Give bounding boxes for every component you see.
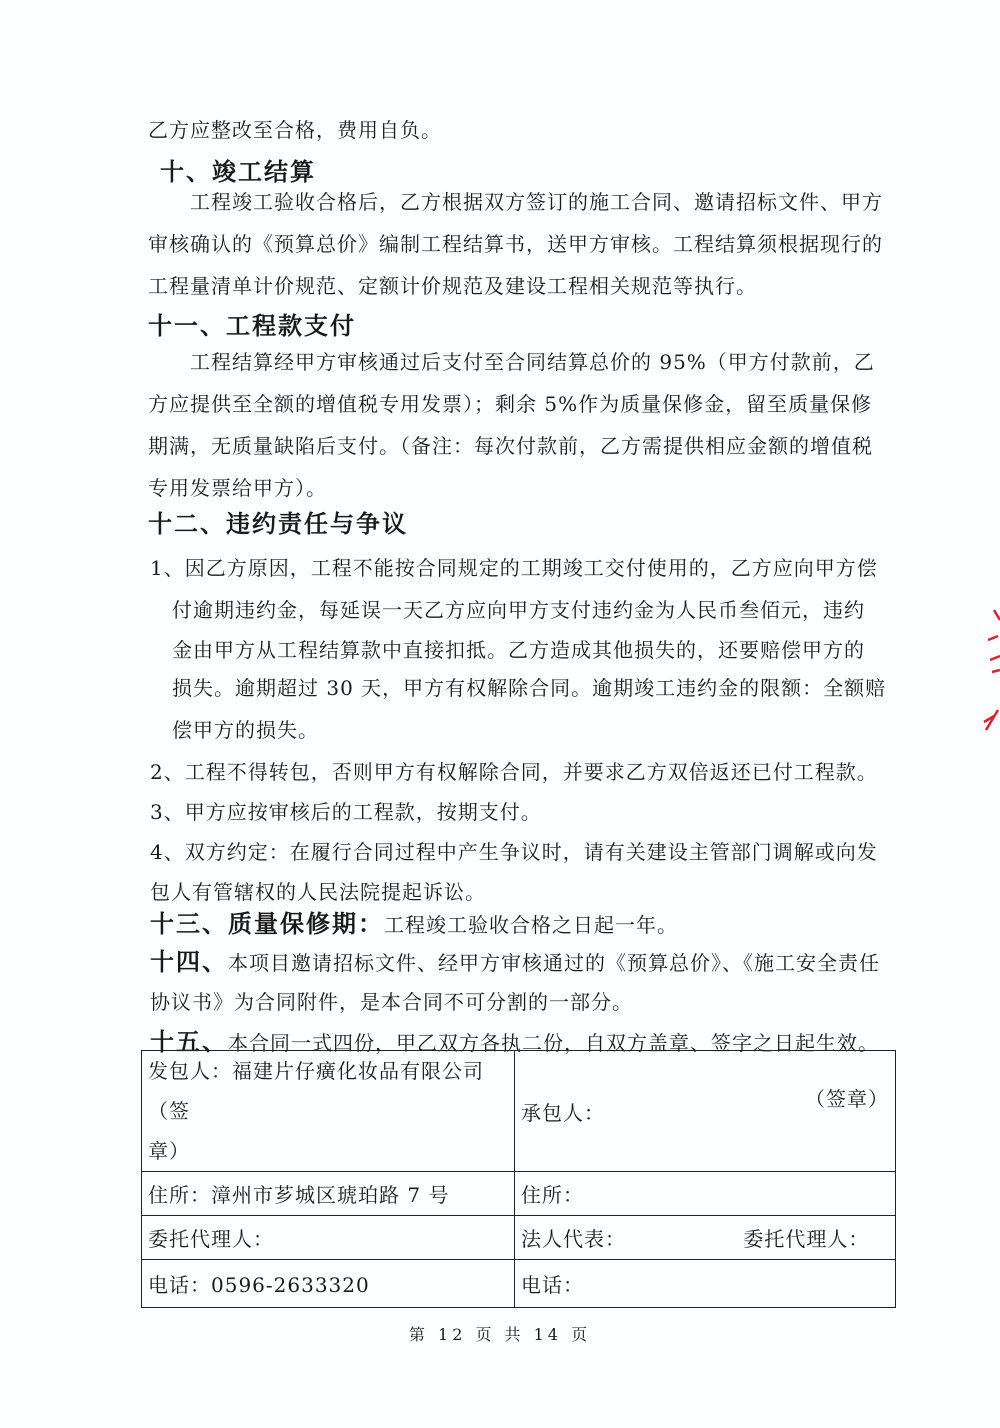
section-13: 十三、质量保修期：工程竣工验收合格之日起一年。	[150, 912, 678, 937]
section-12-item-1-cont: 损失。逾期超过 30 天，甲方有权解除合同。逾期竣工违约金的限额：全额赔	[172, 676, 886, 700]
section-11-line: 工程结算经甲方审核通过后支付至合同结算总价的 95%（甲方付款前，乙	[190, 350, 875, 374]
contractor-address: 住所：	[515, 1172, 896, 1216]
section-12-item-4: 4、双方约定：在履行合同过程中产生争议时，请有关建设主管部门调解或向发	[150, 840, 878, 864]
section-10-line: 审核确认的《预算总价》编制工程结算书，送甲方审核。工程结算须根据现行的	[148, 232, 883, 256]
section-12-item-4-cont: 包人有管辖权的人民法院提起诉讼。	[150, 880, 486, 904]
section-12-item-1-cont: 付逾期违约金，每延误一天乙方应向甲方支付违约金为人民币叁佰元，违约	[172, 598, 865, 622]
employer-label: 发包人：福建片仔癀化妆品有限公司（签	[148, 1051, 508, 1131]
contractor-agent: 委托代理人：	[743, 1227, 869, 1251]
section-12-title: 十二、违约责任与争议	[148, 512, 408, 536]
section-14-title: 十四、	[150, 947, 228, 976]
section-12-item-1-cont: 金由甲方从工程结算款中直接扣抵。乙方造成其他损失的，还要赔偿甲方的	[172, 638, 865, 662]
section-10-title: 十、竣工结算	[160, 160, 316, 184]
employer-label-cont: 章）	[148, 1131, 508, 1171]
section-13-text: 工程竣工验收合格之日起一年。	[384, 913, 678, 937]
section-12-item-1: 1、因乙方原因，工程不能按合同规定的工期竣工交付使用的，乙方应向甲方偿	[150, 556, 878, 580]
section-14-line: 协议书》为合同附件，是本合同不可分割的一部分。	[150, 990, 633, 1014]
seal-stamp-fragment-icon	[980, 580, 1000, 740]
carryover-text: 乙方应整改至合格，费用自负。	[148, 118, 442, 142]
section-11-title: 十一、工程款支付	[148, 314, 356, 338]
employer-agent: 委托代理人：	[142, 1216, 515, 1260]
section-14: 十四、本项目邀请招标文件、经甲方审核通过的《预算总价》、《施工安全责任	[150, 950, 880, 975]
section-12-item-1-cont: 偿甲方的损失。	[172, 718, 319, 742]
employer-address: 住所：漳州市芗城区琥珀路 7 号	[142, 1172, 515, 1216]
contractor-phone: 电话：	[515, 1260, 896, 1308]
signature-table: 发包人：福建片仔癀化妆品有限公司（签 章） 承包人： （签章） 住所：漳州市芗城…	[141, 1050, 896, 1308]
section-10-line: 工程量清单计价规范、定额计价规范及建设工程相关规范等执行。	[148, 274, 757, 298]
contractor-rep-cell: 法人代表： 委托代理人：	[515, 1216, 896, 1260]
contractor-legal-rep: 法人代表：	[521, 1227, 626, 1251]
section-12-item-3: 3、甲方应按审核后的工程款，按期支付。	[150, 800, 542, 824]
section-12-item-2: 2、工程不得转包，否则甲方有权解除合同，并要求乙方双倍返还已付工程款。	[150, 760, 878, 784]
section-11-line: 方应提供至全额的增值税专用发票）；剩余 5%作为质量保修金，留至质量保修	[148, 392, 872, 416]
section-11-line: 期满，无质量缺陷后支付。（备注：每次付款前，乙方需提供相应金额的增值税	[148, 434, 873, 458]
contractor-cell: 承包人： （签章）	[515, 1051, 896, 1172]
section-13-title: 十三、质量保修期：	[150, 909, 384, 938]
contractor-seal-label: （签章）	[805, 1083, 889, 1126]
employer-phone: 电话：0596-2633320	[142, 1260, 515, 1308]
contractor-label: 承包人：	[521, 1097, 605, 1126]
section-11-line: 专用发票给甲方）。	[148, 476, 327, 500]
employer-cell: 发包人：福建片仔癀化妆品有限公司（签 章）	[142, 1051, 515, 1172]
section-14-line: 本项目邀请招标文件、经甲方审核通过的《预算总价》、《施工安全责任	[228, 951, 880, 975]
page-number: 第 12 页 共 14 页	[0, 1322, 1000, 1345]
section-10-line: 工程竣工验收合格后，乙方根据双方签订的施工合同、邀请招标文件、甲方	[190, 190, 883, 214]
